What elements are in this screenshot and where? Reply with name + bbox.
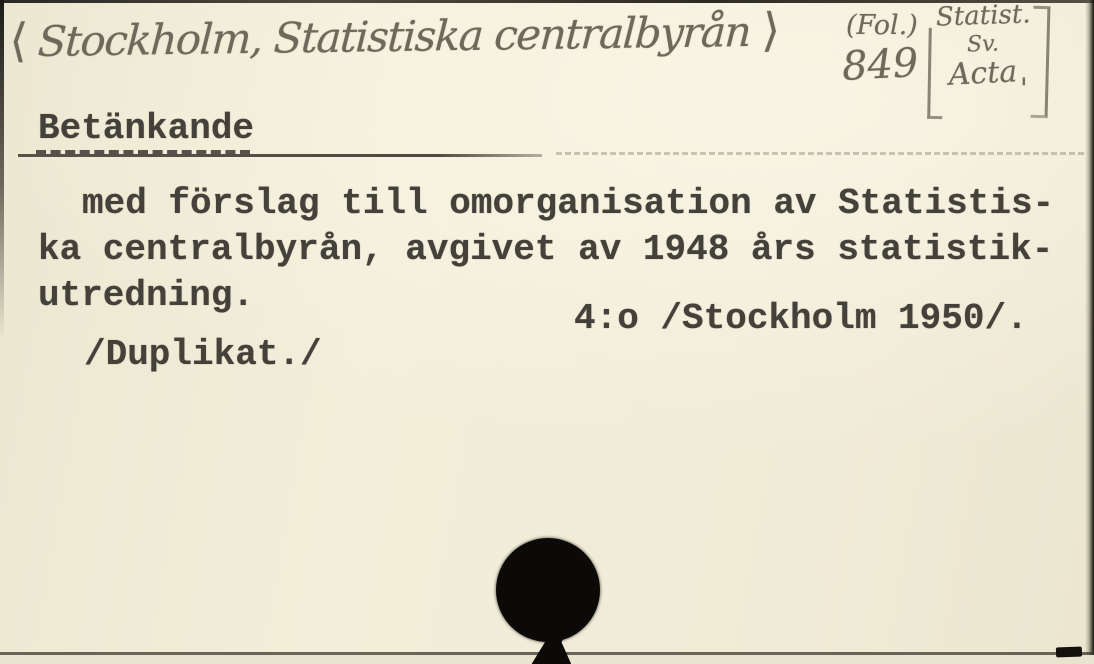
- imprint-line: 4:o /Stockholm 1950/.: [574, 298, 1028, 339]
- title-underline-ruled: [18, 154, 542, 157]
- card-bottom-edge-mark: [1056, 647, 1082, 658]
- heading-text: Stockholm, Statistiska centralbyrån: [37, 7, 752, 66]
- shelf-mark-line: Acta: [935, 55, 1031, 94]
- catalog-card-scan: ⟨ Stockholm, Statistiska centralbyrån ⟩ …: [0, 0, 1094, 664]
- format-note: (Fol.): [846, 10, 918, 41]
- card-left-edge: [0, 0, 4, 340]
- heading-close-bracket: ⟩: [761, 3, 780, 57]
- duplicate-note: /Duplikat./: [84, 334, 322, 375]
- accession-number: 849: [841, 40, 920, 90]
- shelf-mark-line: Statist.: [936, 0, 1031, 33]
- description-line: med förslag till omorganisation av Stati…: [38, 181, 1054, 227]
- handwritten-heading: ⟨ Stockholm, Statistiska centralbyrån ⟩: [8, 3, 780, 68]
- shelf-mark-tick: ': [1020, 72, 1028, 105]
- description-line: ka centralbyrån, avgivet av 1948 års sta…: [38, 227, 1054, 273]
- card-top-edge: [0, 0, 1094, 3]
- shelf-mark-right-bracket: [1031, 6, 1051, 118]
- card-title: Betänkande: [38, 108, 254, 149]
- heading-open-bracket: ⟨: [8, 13, 27, 67]
- card-right-edge: [1085, 0, 1094, 664]
- title-underline-faint-dashes: [556, 152, 1084, 155]
- shelf-mark: Statist. Sv. Acta: [936, 2, 1030, 92]
